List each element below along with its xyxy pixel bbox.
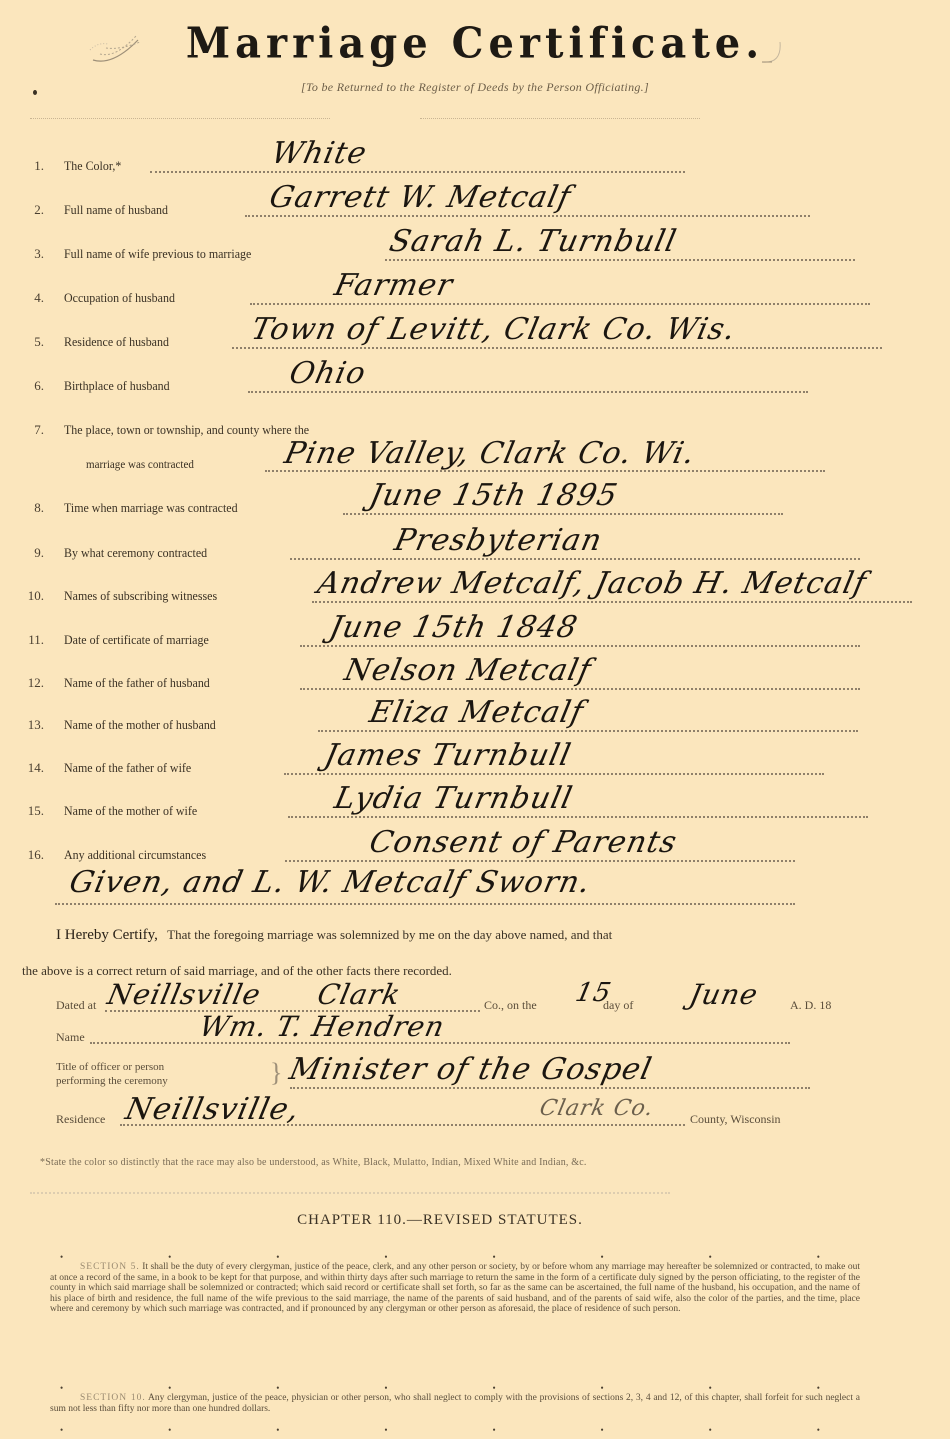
field-label: The place, town or township, and county … [64,422,309,438]
scroll-flourish-right-icon [752,36,792,66]
statute-section-label: SECTION 5. [80,1262,140,1272]
bullet-ornament: • [60,1252,63,1262]
officiant-name-value: Wm. T. Hendren [196,1010,447,1043]
field-line[interactable] [312,601,912,603]
bullet-ornament: • [492,1383,495,1393]
field-line-continued[interactable] [55,903,795,905]
bullet-ornament: • [60,1383,63,1393]
month-value: June [686,978,761,1011]
bullet-ornament: • [817,1425,820,1435]
field-number: 6. [10,378,44,394]
field-line[interactable] [300,688,860,690]
residence-county-value: Clark Co. [537,1096,656,1121]
field-line[interactable] [245,215,810,217]
field-value: James Turnbull [321,738,574,773]
field-value: Andrew Metcalf, Jacob H. Metcalf [314,566,870,601]
field-number: 1. [10,158,44,174]
field-value: Town of Levitt, Clark Co. Wis. [248,312,739,347]
field-number: 16. [10,847,44,863]
day-label: day of [603,998,633,1013]
field-number: 15. [10,803,44,819]
field-line[interactable] [232,347,882,349]
field-line[interactable] [300,645,860,647]
statute-section-5: SECTION 5. It shall be the duty of every… [50,1262,860,1315]
field-label: The Color,* [64,158,121,174]
bullet-ornament: • [168,1383,171,1393]
dated-at-label: Dated at [56,998,96,1013]
officiant-name-label: Name [56,1030,85,1045]
field-number: 7. [10,422,44,438]
field-value: White [268,136,370,171]
bullet-ornament: • [384,1425,387,1435]
field-line[interactable] [343,513,783,515]
field-number: 9. [10,545,44,561]
field-line[interactable] [318,730,858,732]
field-label: Residence of husband [64,334,169,350]
field-value: June 15th 1895 [366,478,621,513]
bullet-ornament: • [168,1425,171,1435]
field-label: Name of the father of husband [64,675,210,691]
bullet-ornament: • [601,1252,604,1262]
field-line[interactable] [250,303,870,305]
dated-at-value: Neillsville [104,978,264,1011]
field-value-continued: Given, and L. W. Metcalf Sworn. [66,865,594,900]
chapter-heading: CHAPTER 110.—REVISED STATUTES. [0,1212,880,1229]
field-line[interactable] [150,171,685,173]
field-label: Full name of wife previous to marriage [64,246,251,262]
field-number: 11. [10,632,44,648]
statute-section-label: SECTION 10. [80,1393,146,1403]
residence-label: Residence [56,1112,105,1127]
field-value: Nelson Metcalf [341,653,594,688]
certify-line1: That the foregoing marriage was solemniz… [167,927,612,942]
field-number: 14. [10,760,44,776]
bullet-ornament: • [601,1425,604,1435]
residence-value: Neillsville, [122,1092,303,1127]
ornament-row: •••••••• [60,1252,820,1262]
field-number: 13. [10,717,44,733]
county-label: Co., on the [484,998,537,1013]
document-title: Marriage Certificate. [0,19,950,68]
field-value: Presbyterian [391,523,605,558]
ink-speck [33,90,37,95]
field-value: Consent of Parents [366,825,680,860]
field-value: Farmer [331,268,456,303]
certify-line2: the above is a correct return of said ma… [22,963,452,979]
field-label: Occupation of husband [64,290,175,306]
field-label: Full name of husband [64,202,168,218]
statute-text: Any clergyman, justice of the peace, phy… [50,1393,860,1414]
statute-text: It shall be the duty of every clergyman,… [50,1262,860,1314]
bullet-ornament: • [601,1383,604,1393]
officiant-title-field[interactable] [290,1087,810,1089]
bullet-ornament: • [60,1425,63,1435]
field-number: 2. [10,202,44,218]
field-label: Date of certificate of marriage [64,632,209,648]
field-line[interactable] [284,773,824,775]
field-value: June 15th 1848 [326,610,581,645]
field-label: Names of subscribing witnesses [64,588,217,604]
year-label: A. D. 18 [790,998,831,1013]
field-label: Name of the mother of wife [64,803,197,819]
field-value: Garrett W. Metcalf [266,180,574,215]
field-label: By what ceremony contracted [64,545,207,561]
field-number: 12. [10,675,44,691]
officiant-title-label-1: Title of officer or person [56,1061,164,1073]
officiant-title-label-2: performing the ceremony [56,1075,168,1087]
color-footnote: *State the color so distinctly that the … [40,1157,587,1168]
field-label: Time when marriage was contracted [64,500,238,516]
field-label: Birthplace of husband [64,378,170,394]
field-number: 5. [10,334,44,350]
bullet-ornament: • [817,1383,820,1393]
bullet-ornament: • [276,1252,279,1262]
bullet-ornament: • [709,1425,712,1435]
document-subtitle: [To be Returned to the Register of Deeds… [0,80,950,95]
footnote-rule [30,1192,670,1194]
field-number: 8. [10,500,44,516]
ornament-row: •••••••• [60,1425,820,1435]
field-line[interactable] [285,860,795,862]
brace-icon: } [270,1060,282,1086]
bullet-ornament: • [384,1383,387,1393]
bullet-ornament: • [276,1425,279,1435]
field-value: Ohio [286,356,369,391]
bullet-ornament: • [492,1425,495,1435]
bullet-ornament: • [492,1252,495,1262]
bullet-ornament: • [709,1383,712,1393]
field-line[interactable] [290,558,860,560]
bullet-ornament: • [168,1252,171,1262]
field-number: 4. [10,290,44,306]
field-value: Eliza Metcalf [366,695,587,730]
bullet-ornament: • [384,1252,387,1262]
certify-lead: I Hereby Certify, [56,927,158,943]
field-value: Sarah L. Turnbull [386,224,680,259]
header-rule [420,118,700,119]
field-label: Name of the mother of husband [64,717,216,733]
field-number: 10. [10,588,44,604]
ornament-row: •••••••• [60,1383,820,1393]
field-number: 3. [10,246,44,262]
field-label-continued: marriage was contracted [86,457,194,472]
certify-statement: I Hereby Certify, That the foregoing mar… [56,927,612,944]
officiant-title-value: Minister of the Gospel [286,1052,655,1087]
header-rule [30,118,330,119]
field-label: Name of the father of wife [64,760,191,776]
bullet-ornament: • [709,1252,712,1262]
field-value: Lydia Turnbull [331,781,576,816]
field-line[interactable] [248,391,808,393]
field-line[interactable] [385,259,855,261]
statute-section-10: SECTION 10. Any clergyman, justice of th… [50,1393,860,1414]
residence-suffix: County, Wisconsin [690,1112,781,1127]
field-label: Any additional circumstances [64,847,206,863]
dated-county-value: Clark [314,978,403,1011]
field-value: Pine Valley, Clark Co. Wi. [281,436,698,471]
field-line[interactable] [288,816,868,818]
bullet-ornament: • [817,1252,820,1262]
bullet-ornament: • [276,1383,279,1393]
